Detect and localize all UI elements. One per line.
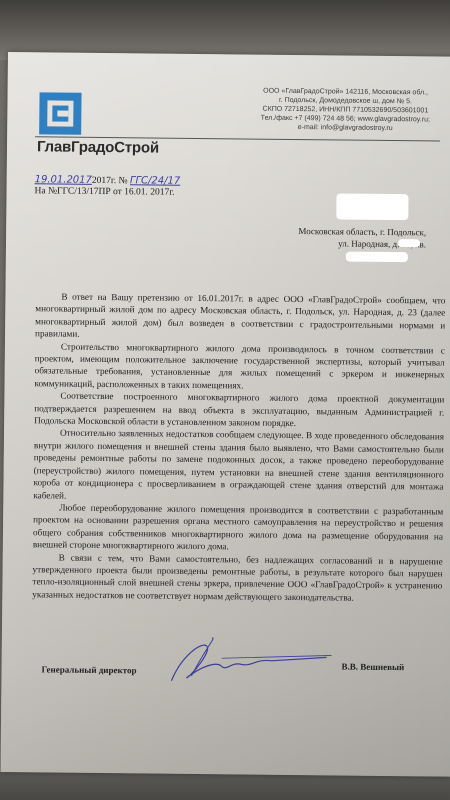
paragraph: В связи с тем, что Вами самостоятельно, … (32, 551, 442, 605)
redaction-block (336, 193, 408, 220)
handwritten-date: 19.01.2017 (35, 174, 92, 186)
company-logo: ГлавГрадоСтрой (37, 92, 160, 156)
redaction-block (346, 252, 408, 263)
redaction-block (398, 239, 420, 247)
signatory-title: Генеральный директор (41, 664, 136, 675)
handwritten-number: ГГС/24/17 (130, 175, 180, 187)
paragraph: Относительно заявленных недостатков сооб… (33, 427, 444, 506)
reference-line: На №ГГС/13/17ПР от 16.01. 2017г. (34, 186, 180, 199)
company-details: ООО «ГлавГрадоСтрой» 142116, Московская … (255, 87, 435, 134)
signature-block: Генеральный директор В.В. Вешневый (42, 652, 422, 656)
paragraph: Строительство многоквартирного жилого до… (34, 340, 444, 394)
handwritten-signature-icon (161, 636, 332, 688)
address-line: Московская область, г. Подольск, (298, 225, 426, 238)
background-top (0, 0, 450, 60)
letter-page: ГлавГрадоСтрой ООО «ГлавГрадоСтрой» 1421… (0, 52, 450, 777)
signatory-name: В.В. Вешневый (342, 662, 405, 673)
registration-block: 19.01.20172017г. № ГГС/24/17 На №ГГС/13/… (34, 174, 180, 199)
logo-text: ГлавГрадоСтрой (37, 138, 159, 156)
glavgradostroy-logo-icon (39, 92, 81, 134)
letter-body: В ответ на Вашу претензию от 16.01.2017г… (32, 290, 445, 604)
paragraph: Любое переоборудование жилого помещения … (33, 501, 443, 555)
paragraph: Соответствие построенного многоквартирно… (34, 390, 444, 432)
date-suffix: 2017г. № (92, 176, 128, 186)
paragraph: В ответ на Вашу претензию от 16.01.2017г… (35, 290, 445, 344)
company-line: e-mail: info@glavgradostroy.ru (255, 123, 435, 134)
